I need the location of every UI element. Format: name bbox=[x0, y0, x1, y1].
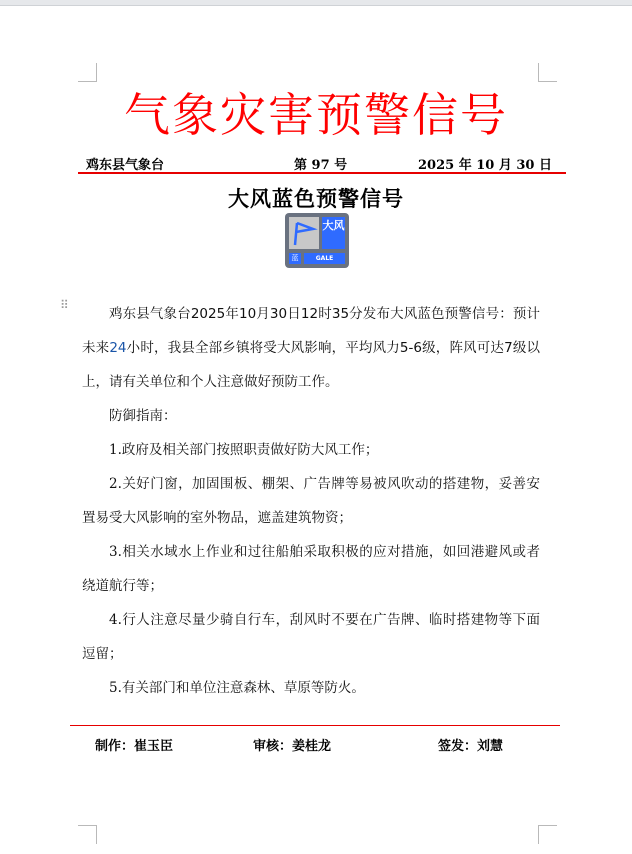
made-by: 制作：崔玉臣 bbox=[95, 735, 173, 754]
gale-blue-warning-icon: 大风 蓝 GALE bbox=[285, 213, 349, 268]
guide-item-5: 5.有关部门和单位注意森林、草原等防火。 bbox=[82, 671, 540, 705]
blue-level-label: 蓝 bbox=[289, 253, 301, 264]
reviewed-by: 审核：姜桂龙 bbox=[253, 735, 331, 754]
intro-highlight-hours: 24 bbox=[109, 340, 126, 356]
gale-label: 大风 bbox=[322, 217, 345, 249]
gale-english-label: GALE bbox=[304, 253, 345, 264]
issue-date: 2025 年 10 月 30 日 bbox=[418, 154, 552, 173]
issue-meta-row: 鸡东县气象台 第 97 号 2025 年 10 月 30 日 bbox=[78, 152, 566, 174]
guide-item-3: 3.相关水域水上作业和过往船舶采取积极的应对措施，如回港避风或者绕道航行等； bbox=[82, 535, 540, 603]
issued-by: 签发：刘慧 bbox=[438, 735, 503, 754]
guide-item-4: 4.行人注意尽量少骑自行车，刮风时不要在广告牌、临时搭建物等下面逗留； bbox=[82, 603, 540, 671]
red-header-title: 气象灾害预警信号 bbox=[0, 86, 632, 144]
guide-item-1: 1.政府及相关部门按照职责做好防大风工作； bbox=[82, 433, 540, 467]
signature-row: 制作：崔玉臣 审核：姜桂龙 签发：刘慧 bbox=[70, 735, 560, 755]
intro-paragraph: 鸡东县气象台2025年10月30日12时35分发布大风蓝色预警信号：预计未来24… bbox=[82, 297, 540, 399]
footer-divider bbox=[70, 725, 560, 726]
margin-corner-bottom-left bbox=[78, 825, 97, 844]
guide-item-2: 2.关好门窗，加固围板、棚架、广告牌等易被风吹动的搭建物，妥善安置易受大风影响的… bbox=[82, 467, 540, 535]
guide-title: 防御指南： bbox=[82, 399, 540, 433]
drag-handle-icon[interactable]: ⠿ bbox=[60, 302, 70, 316]
window-top-bar bbox=[0, 0, 632, 6]
margin-corner-top-right bbox=[538, 63, 557, 82]
margin-corner-bottom-right bbox=[538, 825, 557, 844]
issue-number: 第 97 号 bbox=[294, 154, 347, 173]
issuing-organization: 鸡东县气象台 bbox=[86, 154, 164, 173]
flag-icon bbox=[289, 217, 319, 249]
intro-text-part2: 小时，我县全部乡镇将受大风影响，平均风力5-6级，阵风可达7级以上，请有关单位和… bbox=[82, 340, 540, 390]
margin-corner-top-left bbox=[78, 63, 97, 82]
document-body[interactable]: 鸡东县气象台2025年10月30日12时35分发布大风蓝色预警信号：预计未来24… bbox=[82, 297, 540, 705]
warning-title: 大风蓝色预警信号 bbox=[0, 183, 632, 213]
